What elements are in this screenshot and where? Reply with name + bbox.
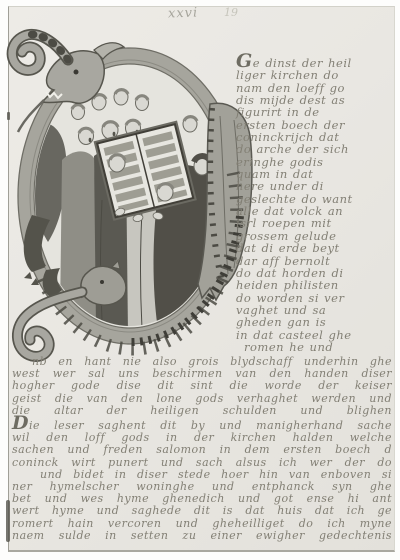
right-text-column: Ge dinst der heil liger kirchen do nam d…: [236, 55, 390, 353]
manuscript-page-photo: xxvi 19: [0, 0, 400, 560]
historiated-initial-O: [2, 20, 254, 366]
text-line: coninck wirt punert und sach alsus ich w…: [12, 457, 392, 469]
page-edge-mark: [6, 500, 10, 542]
text-line: romert hain vercoren und gheheilliget do…: [12, 518, 392, 530]
text-line: die altar der heiligen schulden und blig…: [12, 405, 392, 417]
text-line: geist die van den lone gods verhaghet we…: [12, 393, 392, 405]
text-line: dar aff bernolt: [236, 255, 390, 267]
text-line: dat di erde beyt: [236, 242, 390, 254]
text-line: und bidet in diser stede hoer hin van en…: [12, 469, 392, 481]
text-line: here under di: [236, 180, 390, 192]
bottom-text-block: nb en hant nie also grois blydschaff und…: [12, 356, 392, 542]
text-line: heiden philisten: [236, 279, 390, 291]
text-line: figurirt in de: [236, 106, 390, 118]
text-line: sachen und freden salomon in dem ersten …: [12, 444, 392, 456]
text-line: do arche der sich: [236, 143, 390, 155]
text-line: hogher gode dise dit sint die worde der …: [12, 380, 392, 392]
text-line-with-drop-cap: Die leser saghent dit by und manigherhan…: [12, 417, 392, 432]
text-line: liger kirchen do: [236, 69, 390, 81]
text-line: wert hyme und saghede dit is dat huis da…: [12, 505, 392, 517]
text-line: Ge dinst der heil: [236, 55, 390, 69]
text-line: isrl roepen mit: [236, 217, 390, 229]
folio-number-mark: 19: [224, 6, 238, 19]
text-line: gheden gan is: [236, 316, 390, 328]
text-line: naem sulde in setten zu einer ewigher ge…: [12, 530, 392, 542]
text-line: romen he und: [244, 341, 390, 353]
